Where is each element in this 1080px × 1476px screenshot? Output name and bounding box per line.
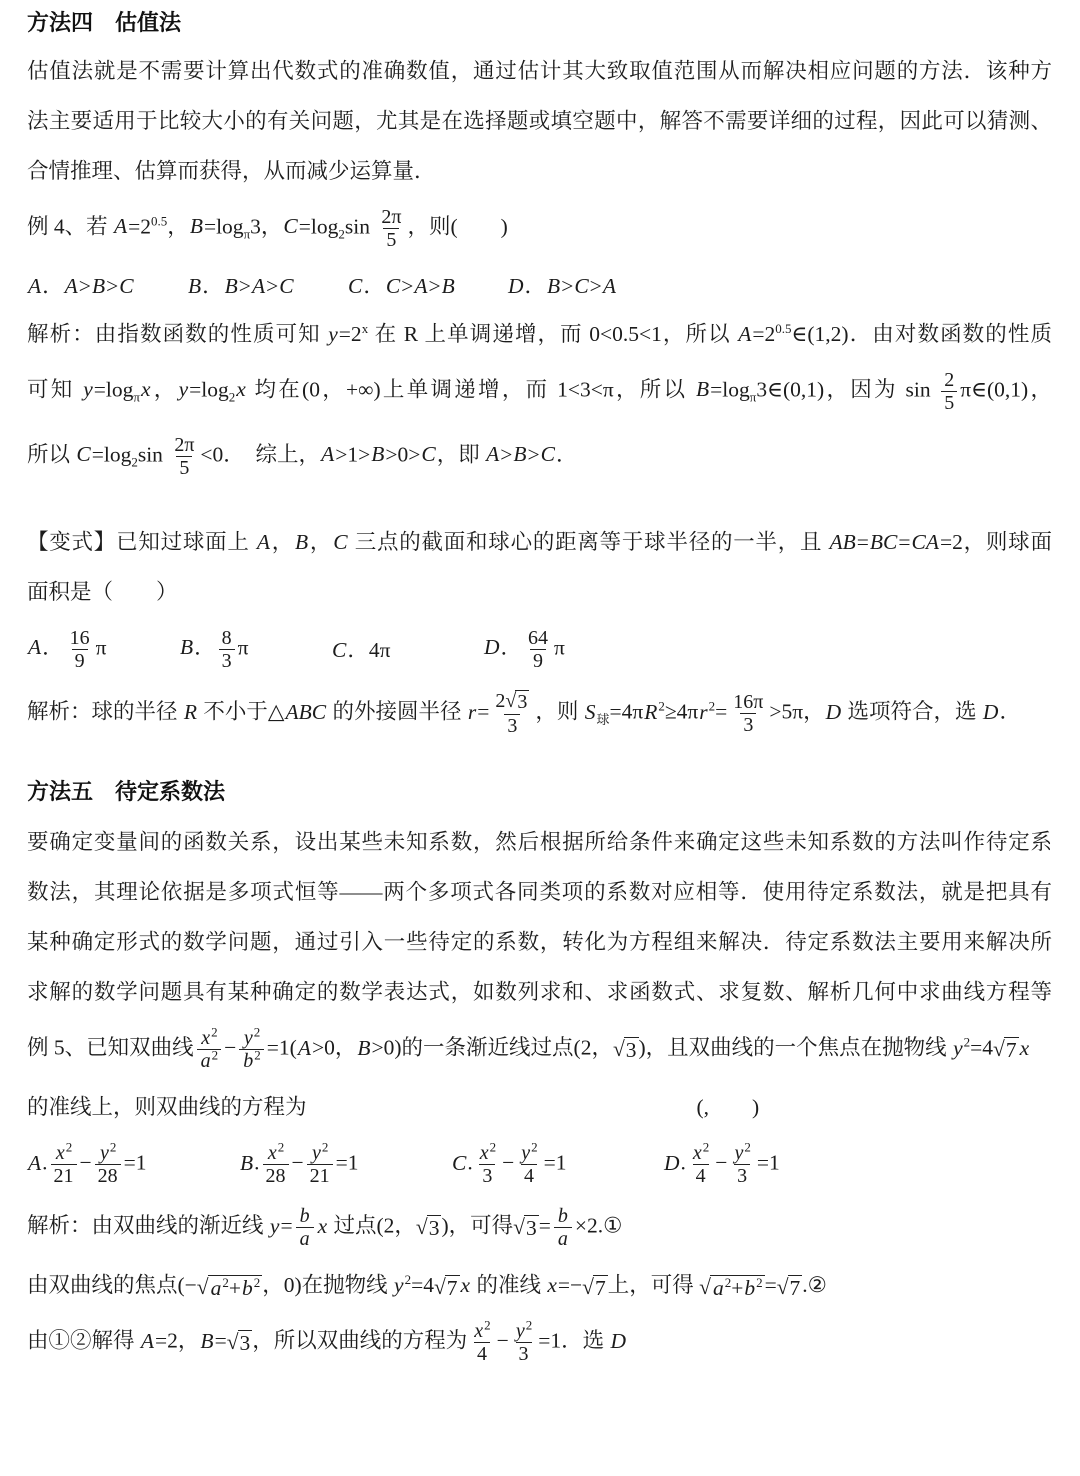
text-line: 合情推理、估算而获得，从而减少运算量． — [27, 156, 1052, 186]
math-variable: x — [267, 1142, 278, 1164]
math-variable: C — [118, 274, 134, 298]
math-variable: B — [546, 274, 561, 298]
option-item: B．B>A>C — [187, 271, 347, 301]
option-item: D．B>C>A — [507, 271, 667, 301]
fraction: 169 — [67, 627, 93, 672]
fraction: x24 — [470, 1320, 493, 1365]
math-variable: A — [256, 530, 271, 554]
math-variable: A — [140, 1329, 155, 1353]
math-variable: a — [200, 1050, 212, 1072]
superscript: 2 — [531, 1140, 538, 1155]
math-variable: C — [278, 274, 294, 298]
subscript: π — [133, 390, 140, 405]
fraction: 25 — [941, 369, 957, 414]
math-variable: b — [557, 1205, 569, 1227]
fraction: x24 — [689, 1142, 712, 1187]
superscript: 2 — [484, 1318, 491, 1333]
math-variable: D — [483, 635, 501, 659]
math-variable: ABC — [284, 700, 327, 724]
text-line: 要确定变量间的函数关系，设出某些未知系数，然后根据所给条件来确定这些未知系数的方… — [27, 827, 1052, 857]
fraction: 2π5 — [378, 206, 404, 251]
math-variable: x — [692, 1142, 703, 1164]
fraction: y23 — [512, 1320, 535, 1365]
math-variable: AB — [828, 530, 856, 554]
text-line: 例 4、若 A=20.5，B=logπ3，C=log2sin 2π5，则( ) — [27, 206, 1052, 251]
superscript: 2 — [526, 1318, 533, 1333]
math-variable: a — [299, 1228, 311, 1250]
superscript: 2 — [222, 1274, 229, 1289]
math-variable: A — [27, 1151, 42, 1175]
options-row: A．169πB．83πC．4πD．649π — [27, 627, 1052, 672]
square-root: √7 — [777, 1275, 803, 1301]
fraction: ba — [296, 1205, 314, 1250]
variation-options: A．169πB．83πC．4πD．649π — [27, 627, 1052, 672]
math-variable: b — [242, 1050, 254, 1072]
square-root: √3 — [505, 690, 529, 714]
math-variable: x — [546, 1273, 558, 1297]
superscript: 2 — [278, 1140, 285, 1155]
superscript: 2 — [66, 1140, 73, 1155]
math-variable: C — [282, 214, 298, 238]
math-variable: y — [515, 1320, 526, 1342]
fraction: x228 — [263, 1142, 289, 1187]
example5-options: A.x221−y228=1B.x228−y221=1C.x23−y24=1D.x… — [27, 1142, 1052, 1187]
square-root: √a2+b2 — [699, 1275, 764, 1301]
method5-heading: 方法五 待定系数法 — [27, 777, 1052, 807]
superscript: 2 — [725, 1274, 732, 1289]
option-item: A．A>B>C — [27, 271, 187, 301]
math-variable: a — [712, 1276, 725, 1300]
option-item: D.x24−y23=1 — [663, 1142, 875, 1187]
text-line: 面积是（ ） — [27, 577, 1052, 607]
math-variable: A — [602, 274, 617, 298]
superscript: 2 — [703, 1140, 710, 1155]
fraction: 2π5 — [171, 434, 197, 479]
superscript: 0.5 — [151, 213, 167, 228]
math-variable: A — [485, 442, 500, 466]
options-row: A．A>B>CB．B>A>CC．C>A>BD．B>C>A — [27, 271, 1052, 301]
superscript: 2 — [254, 1274, 261, 1289]
text-line: 的准线上，则双曲线的方程为(, ) — [27, 1092, 1052, 1122]
superscript: 2 — [211, 1025, 218, 1040]
math-variable: C — [331, 638, 347, 662]
text-line: 求解的数学问题具有某种确定的数学表达式，如数列求和、求函数式、求复数、解析几何中… — [27, 977, 1052, 1007]
text-line: 数法，其理论依据是多项式恒等——两个多项式各同类项的系数对应相等．使用待定系数法… — [27, 877, 1052, 907]
text-line: 解析：由指数函数的性质可知 y=2x 在 R 上单调递增，而 0<0.5<1，所… — [27, 319, 1052, 349]
superscript: 2 — [254, 1025, 261, 1040]
math-variable: B — [294, 530, 309, 554]
option-item: A．169π — [27, 627, 179, 672]
math-variable: D — [825, 700, 843, 724]
math-variable: B — [91, 274, 106, 298]
subscript: 2 — [338, 227, 345, 242]
math-variable: y — [327, 322, 339, 346]
fraction: y228 — [95, 1142, 121, 1187]
superscript: 2 — [212, 1048, 219, 1063]
math-variable: y — [243, 1027, 254, 1049]
math-variable: B — [512, 442, 527, 466]
fraction: 16π3 — [730, 691, 766, 736]
square-root: √3 — [613, 1037, 639, 1063]
square-root: √7 — [993, 1037, 1019, 1063]
math-variable: A — [737, 322, 752, 346]
example4-problem: 例 4、若 A=20.5，B=logπ3，C=log2sin 2π5，则( ) — [27, 206, 1052, 251]
math-variable: r — [698, 700, 708, 724]
square-root: √7 — [434, 1275, 460, 1301]
superscript: 2 — [490, 1140, 497, 1155]
math-variable: y — [520, 1142, 531, 1164]
option-item: D．649π — [483, 627, 635, 672]
variation-analysis: 解析：球的半径 R 不小于△ABC 的外接圆半径 r=2√33，则 S球=4πR… — [27, 690, 1052, 737]
math-variable: C — [75, 442, 91, 466]
fraction: y2b2 — [239, 1027, 264, 1072]
math-variable: C — [420, 442, 436, 466]
text-line: 某种确定形式的数学问题，通过引入一些待定的系数，转化为方程组来解决．待定系数法主… — [27, 927, 1052, 957]
example5-analysis: 解析：由双曲线的渐近线 y=bax 过点(2，√3)，可得√3=ba×2.①由双… — [27, 1205, 1052, 1365]
math-variable: BC — [869, 530, 898, 554]
math-variable: x — [317, 1214, 329, 1238]
fraction: x2a2 — [197, 1027, 222, 1072]
math-variable: y — [99, 1142, 110, 1164]
fraction: 83 — [219, 627, 235, 672]
text-line: 由①②解得 A=2，B=√3，所以双曲线的方程为x24−y23=1．选 D — [27, 1320, 1052, 1365]
math-variable: D — [663, 1151, 681, 1175]
math-variable: x — [479, 1142, 490, 1164]
superscript: 2 — [405, 1272, 412, 1287]
square-root: √3 — [227, 1330, 253, 1356]
math-variable: x — [55, 1142, 66, 1164]
math-variable: B — [179, 635, 194, 659]
spacer — [307, 1113, 697, 1114]
math-variable: A — [113, 214, 128, 238]
fraction: ba — [554, 1205, 572, 1250]
fraction: 649 — [525, 627, 551, 672]
superscript: 2 — [744, 1140, 751, 1155]
text-line: 解析：球的半径 R 不小于△ABC 的外接圆半径 r=2√33，则 S球=4πR… — [27, 690, 1052, 737]
math-variable: C — [347, 274, 363, 298]
text-line: 由双曲线的焦点(−√a2+b2，0)在抛物线 y2=4√7x 的准线 x=−√7… — [27, 1270, 1052, 1300]
example4-options: A．A>B>CB．B>A>CC．C>A>BD．B>C>A — [27, 271, 1052, 301]
math-variable: y — [393, 1273, 405, 1297]
math-variable: x — [140, 377, 152, 401]
math-variable: a — [210, 1276, 223, 1300]
text-line: 法主要适用于比较大小的有关问题，尤其是在选择题或填空题中，解答不需要详细的过程，… — [27, 106, 1052, 136]
math-variable: R — [183, 700, 198, 724]
math-variable: A — [27, 635, 42, 659]
math-variable: B — [224, 274, 239, 298]
subscript: 2 — [131, 455, 138, 470]
fraction: 2√33 — [492, 690, 532, 737]
math-variable: R — [643, 700, 658, 724]
square-root: √a2+b2 — [197, 1275, 262, 1301]
fraction: y23 — [730, 1142, 753, 1187]
math-variable: y — [82, 377, 94, 401]
text-line: 估值法就是不需要计算出代数式的准确数值，通过估计其大致取值范围从而解决相应问题的… — [27, 56, 1052, 86]
text-line: 可知 y=logπx，y=log2x 均在(0，+∞)上单调递增，而 1<3<π… — [27, 369, 1052, 414]
superscript: 2 — [964, 1035, 971, 1050]
subscript: 球 — [596, 712, 609, 727]
subscript: π — [750, 390, 757, 405]
square-root: √7 — [582, 1275, 608, 1301]
superscript: 2 — [110, 1140, 117, 1155]
math-variable: A — [320, 442, 335, 466]
option-item: C．C>A>B — [347, 271, 507, 301]
example5-problem: 例 5、已知双曲线x2a2−y2b2=1(A>0，B>0)的一条渐近线过点(2，… — [27, 1027, 1052, 1122]
option-item: C.x23−y24=1 — [451, 1142, 663, 1187]
math-variable: y — [269, 1214, 281, 1238]
option-item: C．4π — [331, 635, 483, 665]
superscript: 2 — [709, 698, 716, 713]
superscript: 2 — [322, 1140, 329, 1155]
fraction: y221 — [307, 1142, 333, 1187]
method4-intro: 估值法就是不需要计算出代数式的准确数值，通过估计其大致取值范围从而解决相应问题的… — [27, 56, 1052, 186]
superscript: 2 — [756, 1274, 763, 1289]
math-variable: y — [952, 1036, 964, 1060]
math-variable: b — [241, 1276, 254, 1300]
math-variable: B — [199, 1329, 214, 1353]
math-variable: B — [189, 214, 204, 238]
math-variable: y — [311, 1142, 322, 1164]
superscript: x — [362, 321, 369, 336]
math-variable: D — [982, 700, 1000, 724]
math-variable: B — [695, 377, 710, 401]
fraction: y24 — [517, 1142, 540, 1187]
math-variable: C — [451, 1151, 467, 1175]
variation-problem: 【变式】已知过球面上 A，B，C 三点的截面和球心的距离等于球半径的一半，且 A… — [27, 527, 1052, 607]
math-variable: x — [235, 377, 247, 401]
math-variable: B — [441, 274, 456, 298]
option-item: A.x221−y228=1 — [27, 1142, 239, 1187]
math-variable: b — [743, 1276, 756, 1300]
math-variable: A — [297, 1036, 312, 1060]
method4-heading: 方法四 估值法 — [27, 8, 1052, 38]
math-variable: A — [64, 274, 79, 298]
math-variable: y — [178, 377, 190, 401]
document-page: 方法四 估值法 估值法就是不需要计算出代数式的准确数值，通过估计其大致取值范围从… — [0, 0, 1080, 1365]
math-variable: C — [385, 274, 401, 298]
superscript: 2 — [658, 698, 665, 713]
math-variable: A — [413, 274, 428, 298]
math-variable: x — [200, 1027, 211, 1049]
math-variable: x — [473, 1320, 484, 1342]
math-variable: CA — [911, 530, 940, 554]
superscript: 0.5 — [775, 321, 791, 336]
square-root: √3 — [513, 1215, 539, 1241]
math-variable: C — [573, 274, 589, 298]
math-variable: x — [1019, 1036, 1031, 1060]
math-variable: a — [557, 1228, 569, 1250]
math-variable: y — [733, 1142, 744, 1164]
options-row: A.x221−y228=1B.x228−y221=1C.x23−y24=1D.x… — [27, 1142, 1052, 1187]
math-variable: C — [540, 442, 556, 466]
fraction: x23 — [476, 1142, 499, 1187]
math-variable: A — [251, 274, 266, 298]
subscript: π — [244, 227, 251, 242]
text-line: 解析：由双曲线的渐近线 y=bax 过点(2，√3)，可得√3=ba×2.① — [27, 1205, 1052, 1250]
superscript: 2 — [254, 1048, 261, 1063]
math-variable: B — [239, 1151, 254, 1175]
option-item: B.x228−y221=1 — [239, 1142, 451, 1187]
math-variable: r — [467, 700, 477, 724]
math-variable: D — [609, 1329, 627, 1353]
option-item: B．83π — [179, 627, 331, 672]
square-root: √3 — [416, 1215, 442, 1241]
math-variable: b — [299, 1205, 311, 1227]
math-variable: B — [187, 274, 202, 298]
math-variable: x — [460, 1273, 472, 1297]
math-variable: D — [507, 274, 525, 298]
method5-intro: 要确定变量间的函数关系，设出某些未知系数，然后根据所给条件来确定这些未知系数的方… — [27, 827, 1052, 1007]
text-line: 【变式】已知过球面上 A，B，C 三点的截面和球心的距离等于球半径的一半，且 A… — [27, 527, 1052, 557]
math-variable: B — [356, 1036, 371, 1060]
math-variable: C — [332, 530, 348, 554]
example4-analysis: 解析：由指数函数的性质可知 y=2x 在 R 上单调递增，而 0<0.5<1，所… — [27, 319, 1052, 479]
math-variable: S — [584, 700, 597, 724]
text-line: 例 5、已知双曲线x2a2−y2b2=1(A>0，B>0)的一条渐近线过点(2，… — [27, 1027, 1052, 1072]
math-variable: A — [27, 274, 42, 298]
fraction: x221 — [51, 1142, 77, 1187]
text-line: 所以 C=log2sin 2π5<0． 综上，A>1>B>0>C，即 A>B>C… — [27, 434, 1052, 479]
math-variable: B — [370, 442, 385, 466]
